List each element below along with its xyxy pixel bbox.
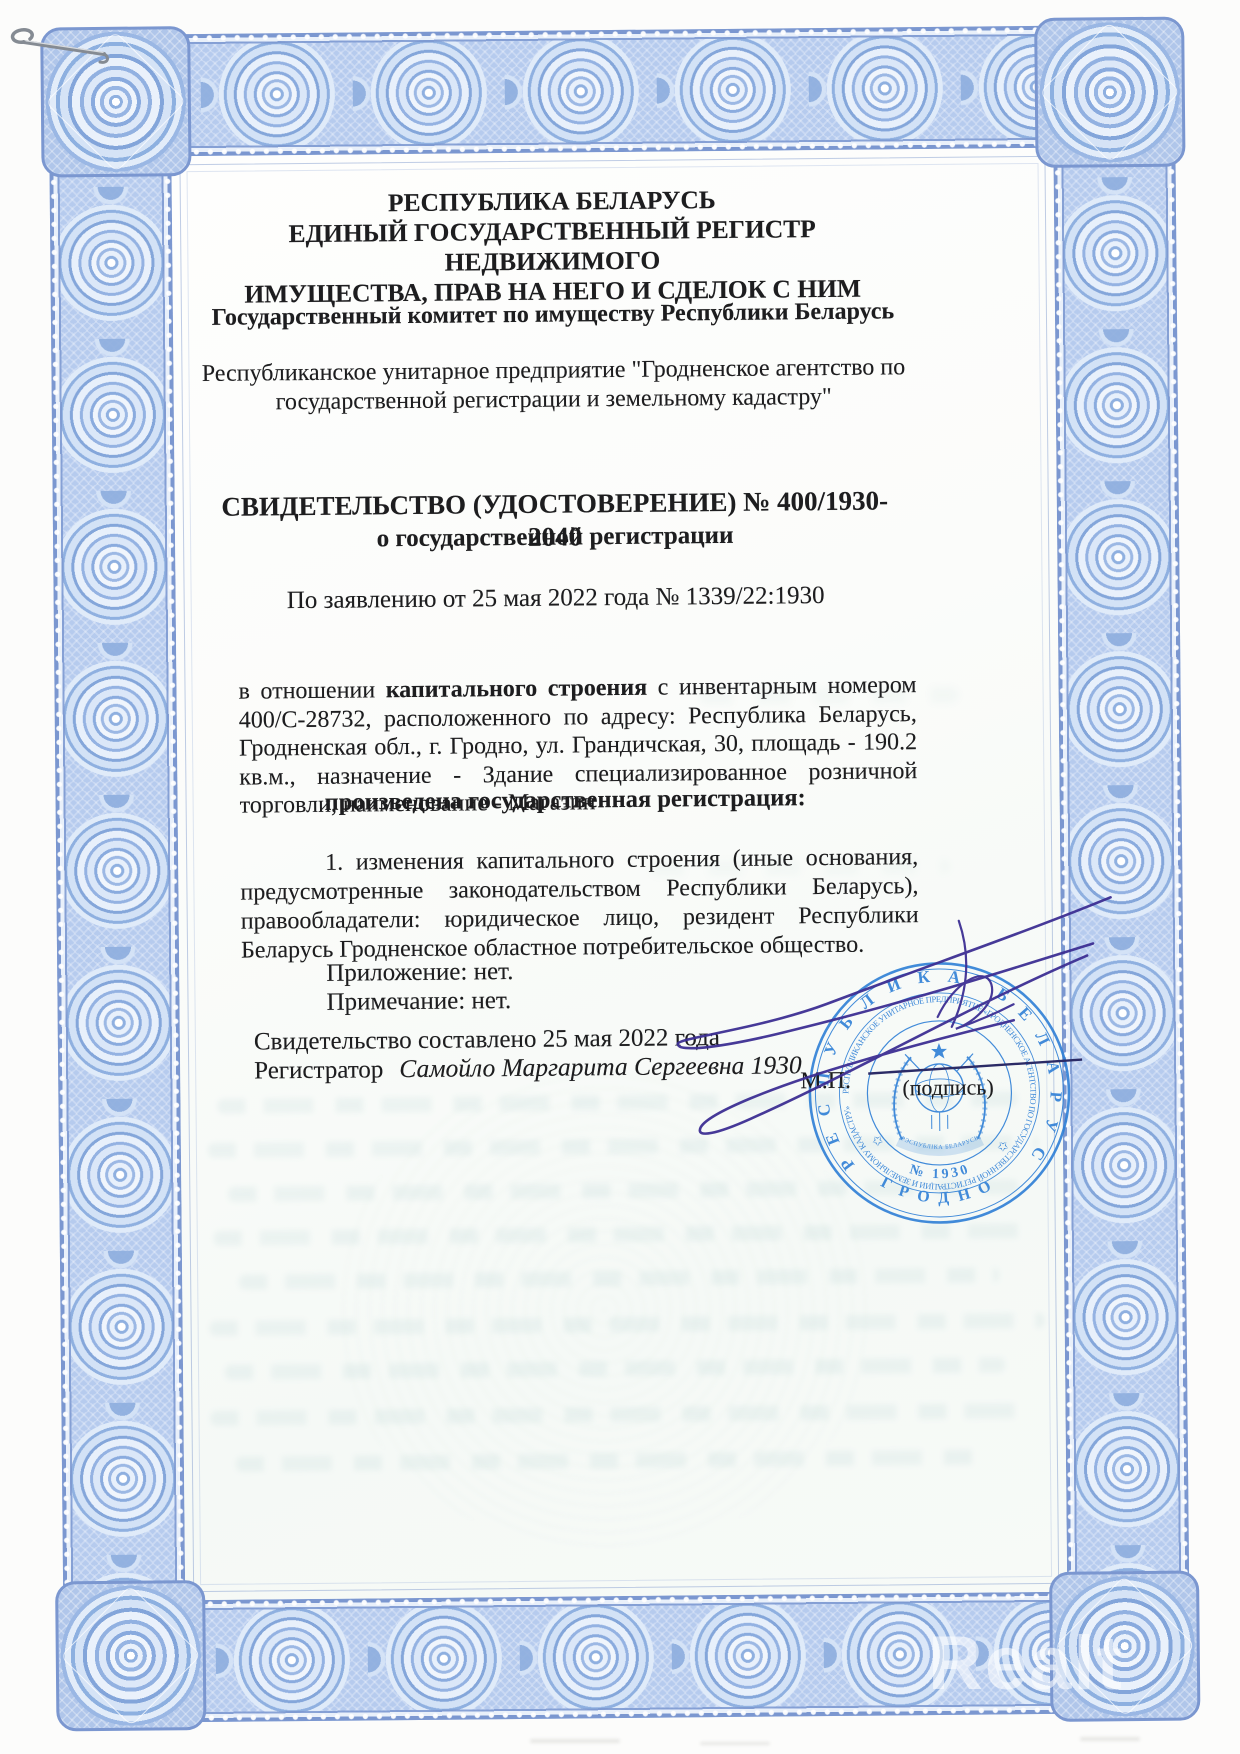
certificate: РЕСПУБЛИКА БЕЛАРУСЬ ЕДИНЫЙ ГОСУДАРСТВЕНН… xyxy=(0,0,1240,1754)
subject-prefix: в отношении xyxy=(238,677,385,704)
note-line: Примечание: нет. xyxy=(326,987,511,1017)
scanned-certificate-page: РЕСПУБЛИКА БЕЛАРУСЬ ЕДИНЫЙ ГОСУДАРСТВЕНН… xyxy=(0,0,1240,1754)
realt-watermark: Realt xyxy=(928,1620,1124,1707)
scan-smudge xyxy=(1080,1737,1140,1741)
border-corner-rosette-top-right xyxy=(1034,17,1185,168)
subject-object: капитального строения xyxy=(386,675,648,704)
border-band-left xyxy=(48,34,186,1723)
registrar-label: Регистратор xyxy=(254,1056,383,1084)
signature-rule-line xyxy=(868,1060,1082,1074)
registry-header: РЕСПУБЛИКА БЕЛАРУСЬ ЕДИНЫЙ ГОСУДАРСТВЕНН… xyxy=(199,183,906,310)
pin-icon xyxy=(6,24,116,68)
border-band-top xyxy=(48,25,1175,158)
signature-scribble xyxy=(640,863,1123,1158)
scan-smudge xyxy=(700,1742,770,1745)
attachment-line: Приложение: нет. xyxy=(326,958,513,988)
registration-heading: произведена государственная регистрация: xyxy=(324,784,805,817)
border-corner-rosette-bottom-left xyxy=(55,1580,206,1731)
header-line-2: ЕДИНЫЙ ГОСУДАРСТВЕННЫЙ РЕГИСТР НЕДВИЖИМО… xyxy=(199,213,906,280)
agency-lines: Республиканское унитарное предприятие "Г… xyxy=(200,353,907,418)
scan-smudge xyxy=(530,1739,620,1743)
